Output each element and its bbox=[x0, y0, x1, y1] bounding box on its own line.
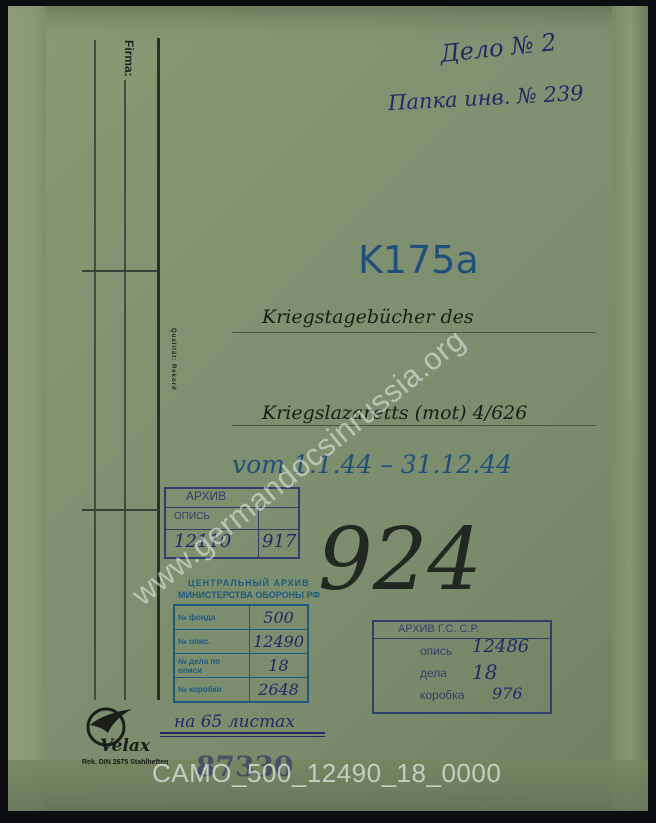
stamp-archive-gssr: АРХИВ Г.С. С.Р. опись 12486 дела 18 коро… bbox=[372, 620, 552, 714]
right-fold-edge bbox=[612, 6, 648, 811]
stamp-camo-title-2: МИНИСТЕРСТВА ОБОРОНЫ РФ bbox=[178, 590, 320, 600]
rule-vertical-1 bbox=[94, 40, 96, 700]
table-row: № опис.12490 bbox=[174, 630, 308, 654]
row-value: 500 bbox=[250, 605, 308, 630]
sheets-note: на 65 листах bbox=[174, 712, 295, 732]
row-value: 2648 bbox=[250, 678, 308, 703]
rule-vertical-2 bbox=[124, 80, 126, 700]
stamp-archive-gssr-title: АРХИВ Г.С. С.Р. bbox=[398, 623, 479, 635]
gssr-row-label: дела bbox=[420, 666, 447, 680]
table-row: № фонда500 bbox=[174, 605, 308, 630]
rule-horizontal-lower bbox=[82, 509, 158, 511]
title-rule-2 bbox=[232, 425, 596, 426]
row-label: № дела по описи bbox=[174, 654, 250, 678]
sheets-underline-2 bbox=[160, 736, 325, 737]
gssr-row-value: 18 bbox=[472, 660, 497, 684]
row-value: 12490 bbox=[250, 630, 308, 654]
rule-horizontal-upper bbox=[82, 270, 158, 272]
stamp-archive-old-value-2: 917 bbox=[262, 531, 296, 552]
gssr-row-value: 976 bbox=[492, 684, 523, 703]
gssr-row-value: 12486 bbox=[472, 636, 529, 657]
stamp-camo-table: № фонда500 № опис.12490 № дела по описи1… bbox=[173, 604, 309, 703]
code-k175a: K175a bbox=[358, 238, 479, 282]
quality-label: Qualität: Rekord bbox=[170, 328, 176, 391]
row-label: № фонда bbox=[174, 605, 250, 630]
table-row: № дела по описи18 bbox=[174, 654, 308, 678]
stamp-archive-old-title: АРХИВ bbox=[186, 489, 226, 503]
title-rule-1 bbox=[232, 332, 596, 333]
gssr-row-label: коробка bbox=[420, 688, 464, 702]
sheets-underline bbox=[160, 732, 325, 734]
row-label: № коробки bbox=[174, 678, 250, 703]
big-number-924: 924 bbox=[318, 510, 482, 610]
table-row: № коробки2648 bbox=[174, 678, 308, 703]
gssr-row-label: опись bbox=[420, 644, 452, 658]
row-label: № опис. bbox=[174, 630, 250, 654]
stamp-camo-title-1: ЦЕНТРАЛЬНЫЙ АРХИВ bbox=[188, 578, 310, 588]
left-fold-edge bbox=[8, 6, 46, 811]
firma-label: Firma: bbox=[122, 40, 136, 77]
title-line-1: Kriegstagebücher des bbox=[262, 306, 474, 328]
document-caption: CAMO_500_12490_18_0000 bbox=[152, 758, 501, 789]
brand-name: Velax bbox=[100, 736, 150, 756]
row-value: 18 bbox=[250, 654, 308, 678]
